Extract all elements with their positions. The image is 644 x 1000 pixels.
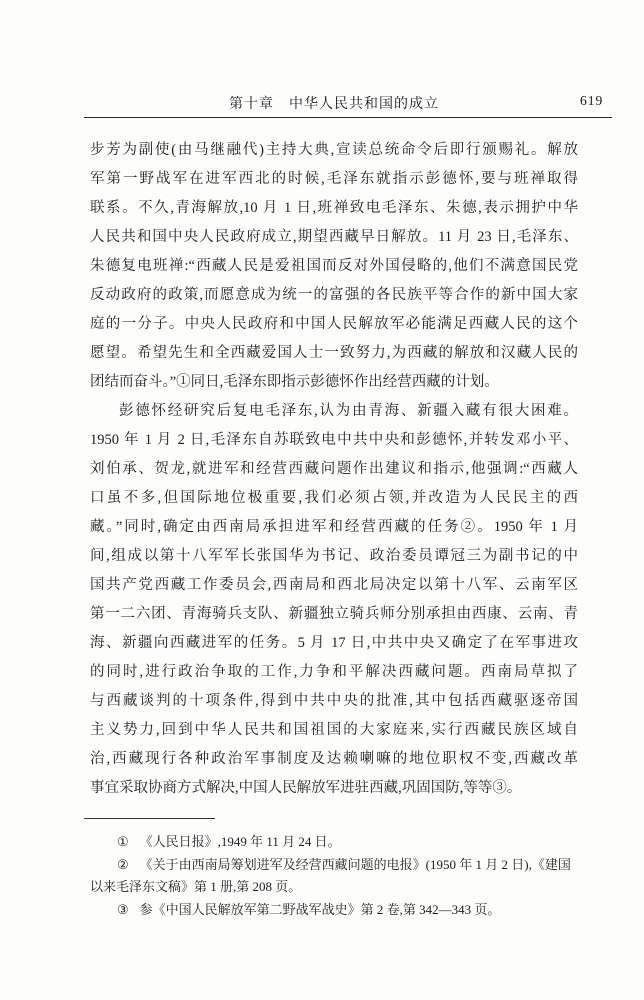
body-line: 间,组成以第十八军军长张国华为书记、政治委员谭冠三为副书记的中 bbox=[90, 542, 578, 571]
body-line: 藏。”同时,确定由西南局承担进军和经营西藏的任务②。1950 年 1 月 bbox=[90, 513, 578, 542]
page-number: 619 bbox=[580, 93, 603, 109]
body-line: 步芳为副使(由马继融代)主持大典,宣读总统命令后即行颁赐礼。解放 bbox=[90, 136, 578, 165]
footnote-marker: ② bbox=[117, 854, 129, 877]
body-line: 军第一野战军在进军西北的时候,毛泽东就指示彭德怀,要与班禅取得 bbox=[90, 165, 578, 194]
footnote-line: 以来毛泽东文稿》第 1 册,第 208 页。 bbox=[90, 876, 578, 899]
footnote-separator bbox=[84, 818, 215, 819]
body-line: 主义势力,回到中华人民共和国祖国的大家庭来,实行西藏民族区域自 bbox=[90, 716, 578, 745]
footnote-line: ③参《中国人民解放军第二野战军战史》第 2 卷,第 342—343 页。 bbox=[90, 899, 578, 922]
body-line: 朱德复电班禅:“西藏人民是爱祖国而反对外国侵略的,他们不满意国民党 bbox=[90, 252, 578, 281]
body-line: 事宜采取协商方式解决,中国人民解放军进驻西藏,巩固国防,等等③。 bbox=[90, 774, 578, 803]
body-line: 海、新疆向西藏进军的任务。5 月 17 日,中共中央又确定了在军事进攻 bbox=[90, 629, 578, 658]
footnote-text: 以来毛泽东文稿》第 1 册,第 208 页。 bbox=[90, 879, 301, 894]
footnote-text: 参《中国人民解放军第二野战军战史》第 2 卷,第 342—343 页。 bbox=[140, 902, 501, 917]
body-line: 联系。不久,青海解放,10 月 1 日,班禅致电毛泽东、朱德,表示拥护中华 bbox=[90, 194, 578, 223]
body-line: 的同时,进行政治争取的工作,力争和平解决西藏问题。西南局草拟了 bbox=[90, 658, 578, 687]
body-line: 愿望。希望先生和全西藏爱国人士一致努力,为西藏的解放和汉藏人民的 bbox=[90, 339, 578, 368]
footnotes: ①《人民日报》,1949 年 11 月 24 日。 ②《关于由西南局筹划进军及经… bbox=[90, 831, 578, 921]
body-line: 人民共和国中央人民政府成立,期望西藏早日解放。11 月 23 日,毛泽东、 bbox=[90, 223, 578, 252]
footnote-marker: ① bbox=[117, 831, 129, 854]
body-line: 刘伯承、贺龙,就进军和经营西藏问题作出建议和指示,他强调:“西藏人 bbox=[90, 455, 578, 484]
footnote-line: ①《人民日报》,1949 年 11 月 24 日。 bbox=[90, 831, 578, 854]
body-line: 国共产党西藏工作委员会,西南局和西北局决定以第十八军、云南军区 bbox=[90, 571, 578, 600]
body-text: 步芳为副使(由马继融代)主持大典,宣读总统命令后即行颁赐礼。解放 军第一野战军在… bbox=[90, 136, 578, 803]
body-line: 治,西藏现行各种政治军事制度及达赖喇嘛的地位职权不变,西藏改革 bbox=[90, 745, 578, 774]
body-line: 团结而奋斗。”①同日,毛泽东即指示彭德怀作出经营西藏的计划。 bbox=[90, 368, 578, 397]
book-page: 第十章 中华人民共和国的成立 619 步芳为副使(由马继融代)主持大典,宣读总统… bbox=[0, 0, 644, 1000]
body-line: 第一二六团、青海骑兵支队、新疆独立骑兵师分别承担由西康、云南、青 bbox=[90, 600, 578, 629]
header-rule bbox=[84, 117, 612, 118]
footnote-text: 《关于由西南局筹划进军及经营西藏问题的电报》(1950 年 1 月 2 日),《… bbox=[140, 857, 571, 872]
body-line: 反动政府的政策,而愿意成为统一的富强的各民族平等合作的新中国大家 bbox=[90, 281, 578, 310]
body-line: 庭的一分子。中央人民政府和中国人民解放军必能满足西藏人民的这个 bbox=[90, 310, 578, 339]
footnote-marker: ③ bbox=[117, 899, 129, 922]
chapter-title: 第十章 中华人民共和国的成立 bbox=[90, 93, 578, 113]
body-line: 口虽不多,但国际地位极重要,我们必须占领,并改造为人民民主的西 bbox=[90, 484, 578, 513]
body-line: 彭德怀经研究后复电毛泽东,认为由青海、新疆入藏有很大困难。 bbox=[90, 397, 578, 426]
footnote-text: 《人民日报》,1949 年 11 月 24 日。 bbox=[140, 834, 341, 849]
body-line: 1950 年 1 月 2 日,毛泽东自苏联致电中共中央和彭德怀,并转发邓小平、 bbox=[90, 426, 578, 455]
footnote-line: ②《关于由西南局筹划进军及经营西藏问题的电报》(1950 年 1 月 2 日),… bbox=[90, 854, 578, 877]
running-header: 第十章 中华人民共和国的成立 bbox=[90, 93, 578, 111]
body-line: 与西藏谈判的十项条件,得到中共中央的批准,其中包括西藏驱逐帝国 bbox=[90, 687, 578, 716]
